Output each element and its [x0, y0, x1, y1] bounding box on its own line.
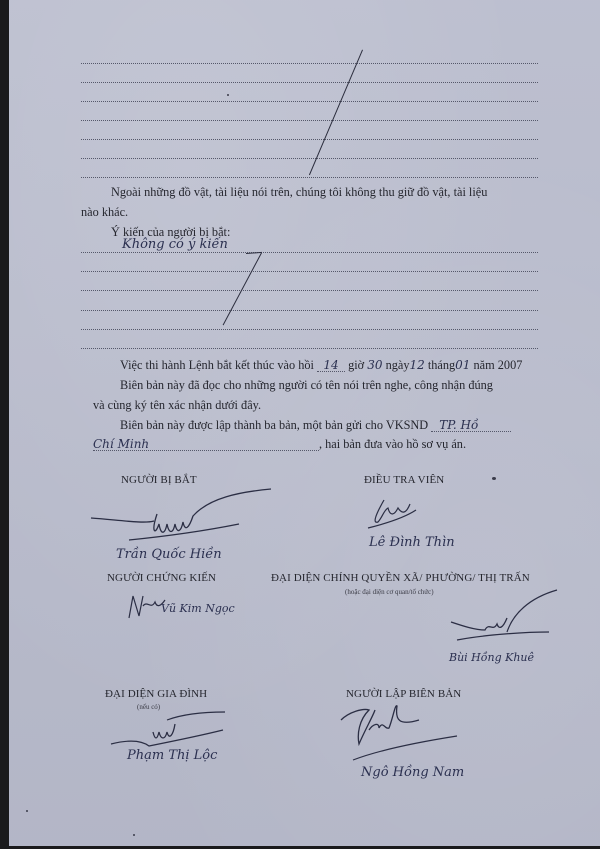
- completion-prefix: Việc thi hành Lệnh bắt kết thúc vào hồi: [120, 358, 314, 372]
- paragraph-no-seizure-line-1: Ngoài những đồ vật, tài liệu nói trên, c…: [111, 186, 487, 198]
- copies-prefix: Biên bản này được lập thành ba bản, một …: [120, 418, 428, 432]
- blank-line: [81, 310, 538, 311]
- ink-speck: [227, 94, 229, 96]
- ink-speck: [133, 834, 135, 836]
- signature-role-record-maker: NGƯỜI LẬP BIÊN BẢN: [346, 689, 461, 700]
- blank-line: [81, 63, 538, 64]
- completion-minute: 30: [367, 358, 382, 372]
- signatory-name-local-authority: Bùi Hồng Khuê: [449, 652, 534, 663]
- day-label: ngày: [386, 358, 410, 372]
- completion-day: 12: [409, 358, 424, 372]
- strike-through-mark: [222, 252, 262, 325]
- blank-line: [81, 177, 538, 178]
- signature-note-local-authority: (hoặc đại diện cơ quan/tổ chức): [345, 589, 434, 596]
- document-page: Ngoài những đồ vật, tài liệu nói trên, c…: [9, 0, 600, 846]
- ink-speck: [26, 810, 28, 812]
- opinion-handwritten-value: Không có ý kiến: [122, 238, 228, 251]
- signature-local-authority: [449, 588, 564, 653]
- paragraph-no-seizure-line-2: nào khác.: [81, 206, 128, 218]
- read-confirmation-line-1: Biên bản này đã đọc cho những người có t…: [120, 379, 493, 391]
- signature-arrested-person: [89, 488, 289, 553]
- signatory-name-arrested-person: Trần Quốc Hiền: [116, 548, 222, 561]
- signatory-name-investigator: Lê Đình Thìn: [369, 536, 455, 549]
- completion-month: 01: [455, 358, 470, 372]
- read-confirmation-line-2: và cùng ký tên xác nhận dưới đây.: [93, 399, 261, 411]
- blank-line: [81, 139, 538, 140]
- signatory-name-witness: Vũ Kim Ngọc: [161, 603, 235, 614]
- copies-line-1: Biên bản này được lập thành ba bản, một …: [120, 419, 511, 432]
- blank-line: [81, 252, 538, 253]
- month-label: tháng: [428, 358, 455, 372]
- signature-role-witness: NGƯỜI CHỨNG KIẾN: [107, 573, 216, 584]
- blank-line: [81, 271, 538, 272]
- signatory-name-family-representative: Phạm Thị Lộc: [127, 749, 217, 762]
- signature-role-investigator: ĐIỀU TRA VIÊN: [364, 475, 444, 486]
- blank-line: [81, 348, 538, 349]
- signature-role-local-authority: ĐẠI DIỆN CHÍNH QUYỀN XÃ/ PHƯỜNG/ THỊ TRẤ…: [271, 573, 530, 584]
- hour-label: giờ: [348, 358, 364, 372]
- blank-line: [81, 158, 538, 159]
- blank-line: [81, 290, 538, 291]
- blank-line: [81, 329, 538, 330]
- signature-role-arrested-person: NGƯỜI BỊ BẮT: [121, 475, 197, 486]
- ink-speck: [492, 477, 496, 480]
- completion-year: 2007: [498, 358, 523, 372]
- signature-role-family-representative: ĐẠI DIỆN GIA ĐÌNH: [105, 689, 207, 700]
- blank-line: [81, 101, 538, 102]
- blank-line: [81, 82, 538, 83]
- strike-through-mark: [309, 50, 363, 176]
- signatory-name-record-maker: Ngô Hồng Nam: [361, 766, 464, 779]
- year-label: năm: [474, 358, 495, 372]
- signature-record-maker: [339, 700, 459, 765]
- vksnd-handwritten-1: TP. Hồ: [431, 418, 478, 432]
- completion-hour: 14: [323, 358, 338, 372]
- copies-suffix: , hai bản đưa vào hồ sơ vụ án.: [319, 437, 466, 451]
- copies-line-2: Chí Minh, hai bản đưa vào hồ sơ vụ án.: [93, 438, 466, 451]
- vksnd-handwritten-2: Chí Minh: [93, 437, 149, 451]
- blank-line: [81, 120, 538, 121]
- completion-line: Việc thi hành Lệnh bắt kết thúc vào hồi …: [120, 359, 522, 372]
